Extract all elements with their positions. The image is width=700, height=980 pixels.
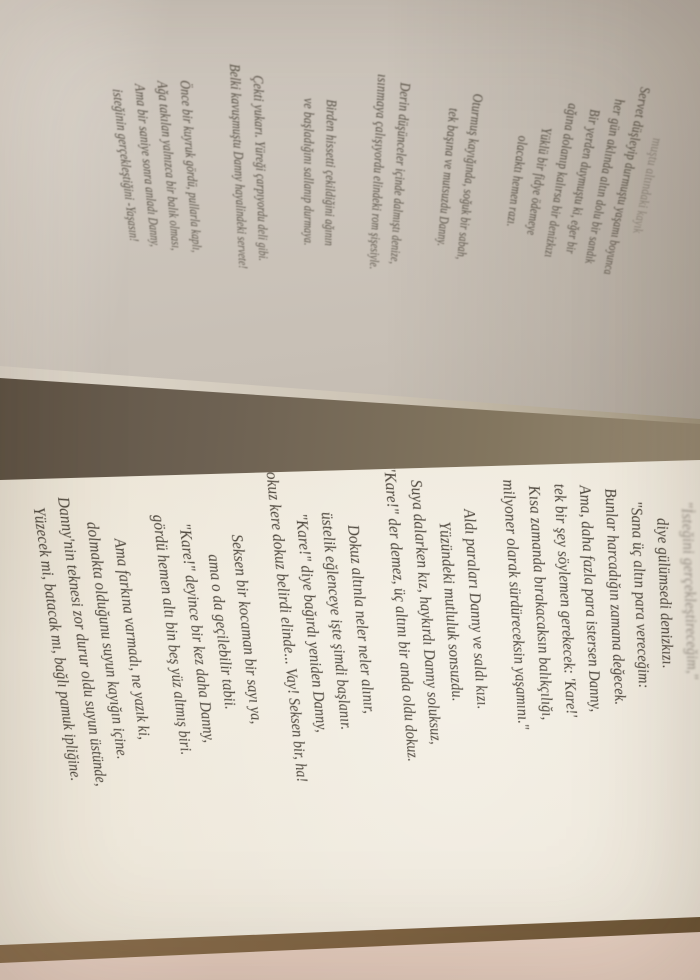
poem-line: muştu altındaki kayık: [598, 0, 700, 372]
poem-line: ve başladığını sallanıp durmaya.: [296, 0, 321, 362]
poem-line: her gün aklında altın dolu bir sandık: [559, 0, 660, 371]
left-stanza-6: Önce bir kuyruk gördü, pullarla kaplı, A…: [86, 0, 214, 358]
poem-line: isteğinin gerçekleştiğini -Yaşasın!: [86, 0, 156, 356]
poem-line: Yüklü bir fidye ödemeye: [502, 0, 586, 369]
poem-line: Servet düşleyip durmuştu yaşamı boyunca: [578, 0, 685, 371]
left-stanza-4: Birden hissetti çekildiğini ağının ve ba…: [296, 0, 346, 362]
poem-line: Çekti yukarı. Yüreği çarpıyordu deli gib…: [241, 0, 275, 360]
poem-line: Bir yerden duymuştu ki, eğer bir: [540, 0, 636, 370]
poem-line: tek başına ve mutsuzdu Danny.: [421, 0, 481, 366]
poem-line: Önce bir kuyruk gördü, pullarla kaplı,: [161, 0, 214, 358]
left-stanza-2: Oturmuş kayığında, soğuk bir sabah, tek …: [421, 0, 506, 367]
poem-line: Oturmuş kayığında, soğuk bir sabah,: [440, 0, 505, 367]
poem-line: Belki kavuşmuştu Danny hayalindeki serve…: [216, 0, 256, 359]
poem-line: ısınmaya çalışıyordu elindeki rom şişesi…: [360, 0, 401, 364]
left-stanza-5: Çekti yukarı. Yüreği çarpıyordu deli gib…: [216, 0, 275, 360]
book-photo: muştu altındaki kayık Servet düşleyip du…: [0, 0, 700, 980]
poem-line: Derin düşünceler içinde dalmıştı denize,: [379, 0, 426, 364]
poem-line: Birden hissetti çekildiğini ağının: [318, 0, 346, 362]
left-stanza-3: Derin düşünceler içinde dalmıştı denize,…: [360, 0, 426, 364]
left-stanza-1: muştu altındaki kayık Servet düşleyip du…: [483, 0, 700, 372]
poem-line: ağına dolanıp kalırsa bir denizkızı: [521, 0, 611, 369]
poem-line: olacaktı hemen razı.: [483, 0, 561, 368]
poem-line: Ağa takılan yalnızca bir balık olması,: [136, 0, 195, 357]
poem-line: Ama bir saniye sonra anladı Danny,: [111, 0, 176, 357]
